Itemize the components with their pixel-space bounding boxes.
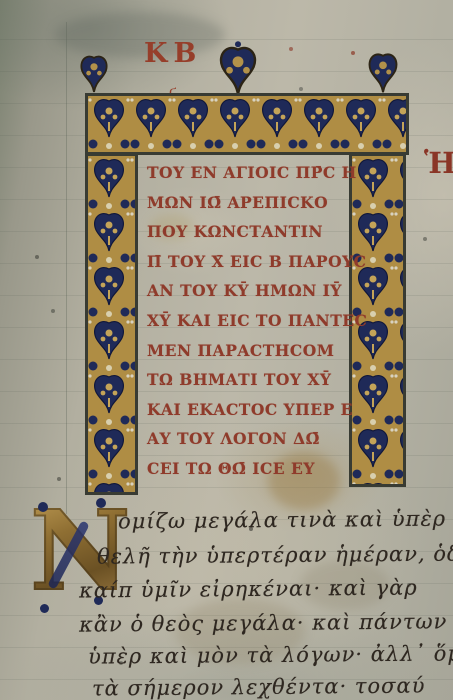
margin-chapter-letter: Ἡ (424, 146, 453, 180)
title-line: ΚΑΙ ΕΚΑϹΤΟϹ ΥΠΕΡ Ε (147, 400, 347, 430)
title-line: ΜΕΝ ΠΑΡΑϹΤΗϹΟΜ (147, 341, 347, 371)
body-line: καίπ ὑμῖν εἰρηκέναι· καὶ γὰρ (79, 576, 418, 603)
title-line: ΑΝ ΤΟΥ ΚῩ ΗΜΩΝ ΙῩ (147, 281, 347, 311)
headpiece-top-band (85, 93, 409, 155)
folio-number: ΚΒ (144, 38, 202, 69)
title-text-block: ΤΟΥ ΕΝ ΑΓΙΟΙϹ ΠΡ̄Ϲ Η ΜΩΝ ΙΩ̄ ΑΡΕΠΙϹΚΟ ΠΟ… (147, 163, 347, 489)
title-line: Π̄ ΤΟΥ Χ̄ ΕΙϹ Β ΠΑΡΟΥϹ (147, 252, 347, 282)
title-line: ΧῩ ΚΑΙ ΕΙϹ ΤΟ ΠΑΝΤΕϹ (147, 311, 347, 341)
initial-ornament-dot (38, 502, 48, 512)
margin-rule-line (66, 22, 67, 514)
title-line: ΜΩΝ ΙΩ̄ ΑΡΕΠΙϹΚΟ (147, 193, 347, 223)
headpiece-finial-right-ornament (362, 50, 404, 96)
ink-specks (0, 0, 2, 2)
body-line: ομίζω μεγάλα τινὰ καὶ ὑπὲρ (118, 507, 446, 534)
initial-ornament-dot (40, 604, 49, 613)
body-line: κἂν ὁ θεὸς μεγάλα· καὶ πάντων (79, 609, 448, 636)
title-line: ΤΩ ΒΗΜΑΤΙ ΤΟΥ ΧῩ (147, 370, 347, 400)
headpiece-finial-center-ornament (212, 40, 264, 98)
body-line: θελῆ τὴν ὑπερτέραν ἡμέραν, ὁδὸ (97, 541, 453, 568)
title-line: ΠΟΥ ΚΩΝϹΤΑΝΤΙΝ (147, 222, 347, 252)
body-line: ὑπὲρ καὶ μὸν τὰ λόγων· ἀλλ᾽ ὅμ (88, 641, 453, 668)
manuscript-page: ΚΒ ϛ Ἡ ΤΟΥ ΕΝ ΑΓΙΟΙϹ ΠΡ̄Ϲ Η ΜΩΝ ΙΩ̄ ΑΡΕΠ… (0, 0, 453, 700)
title-line: ΤΟΥ ΕΝ ΑΓΙΟΙϹ ΠΡ̄Ϲ Η (147, 163, 347, 193)
headpiece-finial-left-ornament (76, 52, 112, 96)
title-line: ϹΕΙ ΤΩ ΘΩ̄ ΙϹΕ ΕΥ (147, 459, 347, 489)
title-line: ΑΥ ΤΟΥ ΛΟΓΟΝ ΔΩ̄ (147, 429, 347, 459)
body-line: τὰ σήμερον λεχθέντα· τοσαύ (92, 674, 426, 700)
headpiece-left-bar (85, 153, 138, 495)
initial-ornament-dot (96, 498, 106, 508)
